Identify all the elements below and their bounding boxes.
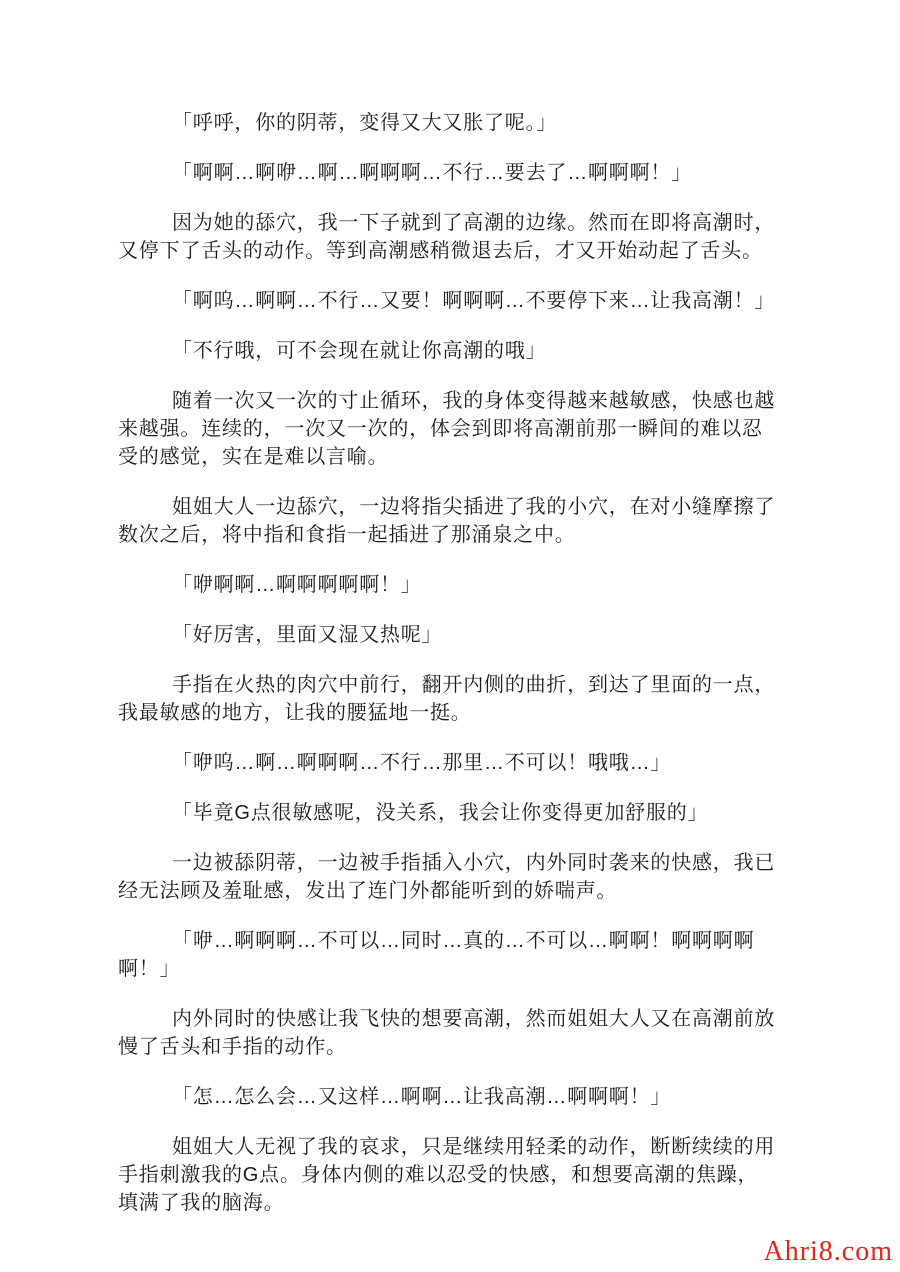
novel-page: 「呼呼，你的阴蒂，变得又大又胀了呢。」「啊啊…啊咿…啊…啊啊啊…不行…要去了…啊…: [0, 0, 900, 1272]
paragraph-dialogue: 「咿呜…啊…啊啊啊…不行…那里…不可以！哦哦…」: [118, 749, 776, 777]
paragraph-dialogue: 「咿啊啊…啊啊啊啊啊！」: [118, 571, 776, 599]
paragraph-narration: 姐姐大人一边舔穴，一边将指尖插进了我的小穴，在对小缝摩擦了数次之后，将中指和食指…: [118, 493, 776, 549]
watermark-text: Ahri8.com: [763, 1236, 893, 1268]
paragraph-narration: 一边被舔阴蒂，一边被手指插入小穴，内外同时袭来的快感，我已经无法顾及羞耻感，发出…: [118, 849, 776, 905]
paragraph-dialogue: 「呼呼，你的阴蒂，变得又大又胀了呢。」: [118, 109, 776, 137]
paragraph-dialogue: 「咿…啊啊啊…不可以…同时…真的…不可以…啊啊！啊啊啊啊啊！」: [118, 927, 776, 983]
novel-text-body: 「呼呼，你的阴蒂，变得又大又胀了呢。」「啊啊…啊咿…啊…啊啊啊…不行…要去了…啊…: [118, 109, 776, 1239]
paragraph-dialogue: 「啊呜…啊啊…不行…又要！啊啊啊…不要停下来…让我高潮！」: [118, 287, 776, 315]
paragraph-dialogue: 「好厉害，里面又湿又热呢」: [118, 621, 776, 649]
paragraph-dialogue: 「毕竟G点很敏感呢，没关系，我会让你变得更加舒服的」: [118, 799, 776, 827]
paragraph-dialogue: 「怎…怎么会…又这样…啊啊…让我高潮…啊啊啊！」: [118, 1083, 776, 1111]
paragraph-narration: 内外同时的快感让我飞快的想要高潮，然而姐姐大人又在高潮前放慢了舌头和手指的动作。: [118, 1005, 776, 1061]
paragraph-dialogue: 「啊啊…啊咿…啊…啊啊啊…不行…要去了…啊啊啊！」: [118, 159, 776, 187]
paragraph-dialogue: 「不行哦，可不会现在就让你高潮的哦」: [118, 337, 776, 365]
paragraph-narration: 随着一次又一次的寸止循环，我的身体变得越来越敏感，快感也越来越强。连续的，一次又…: [118, 387, 776, 471]
paragraph-narration: 手指在火热的肉穴中前行，翻开内侧的曲折，到达了里面的一点，我最敏感的地方，让我的…: [118, 671, 776, 727]
paragraph-narration: 姐姐大人无视了我的哀求，只是继续用轻柔的动作，断断续续的用手指刺激我的G点。身体…: [118, 1133, 776, 1217]
paragraph-narration: 因为她的舔穴，我一下子就到了高潮的边缘。然而在即将高潮时，又停下了舌头的动作。等…: [118, 209, 776, 265]
